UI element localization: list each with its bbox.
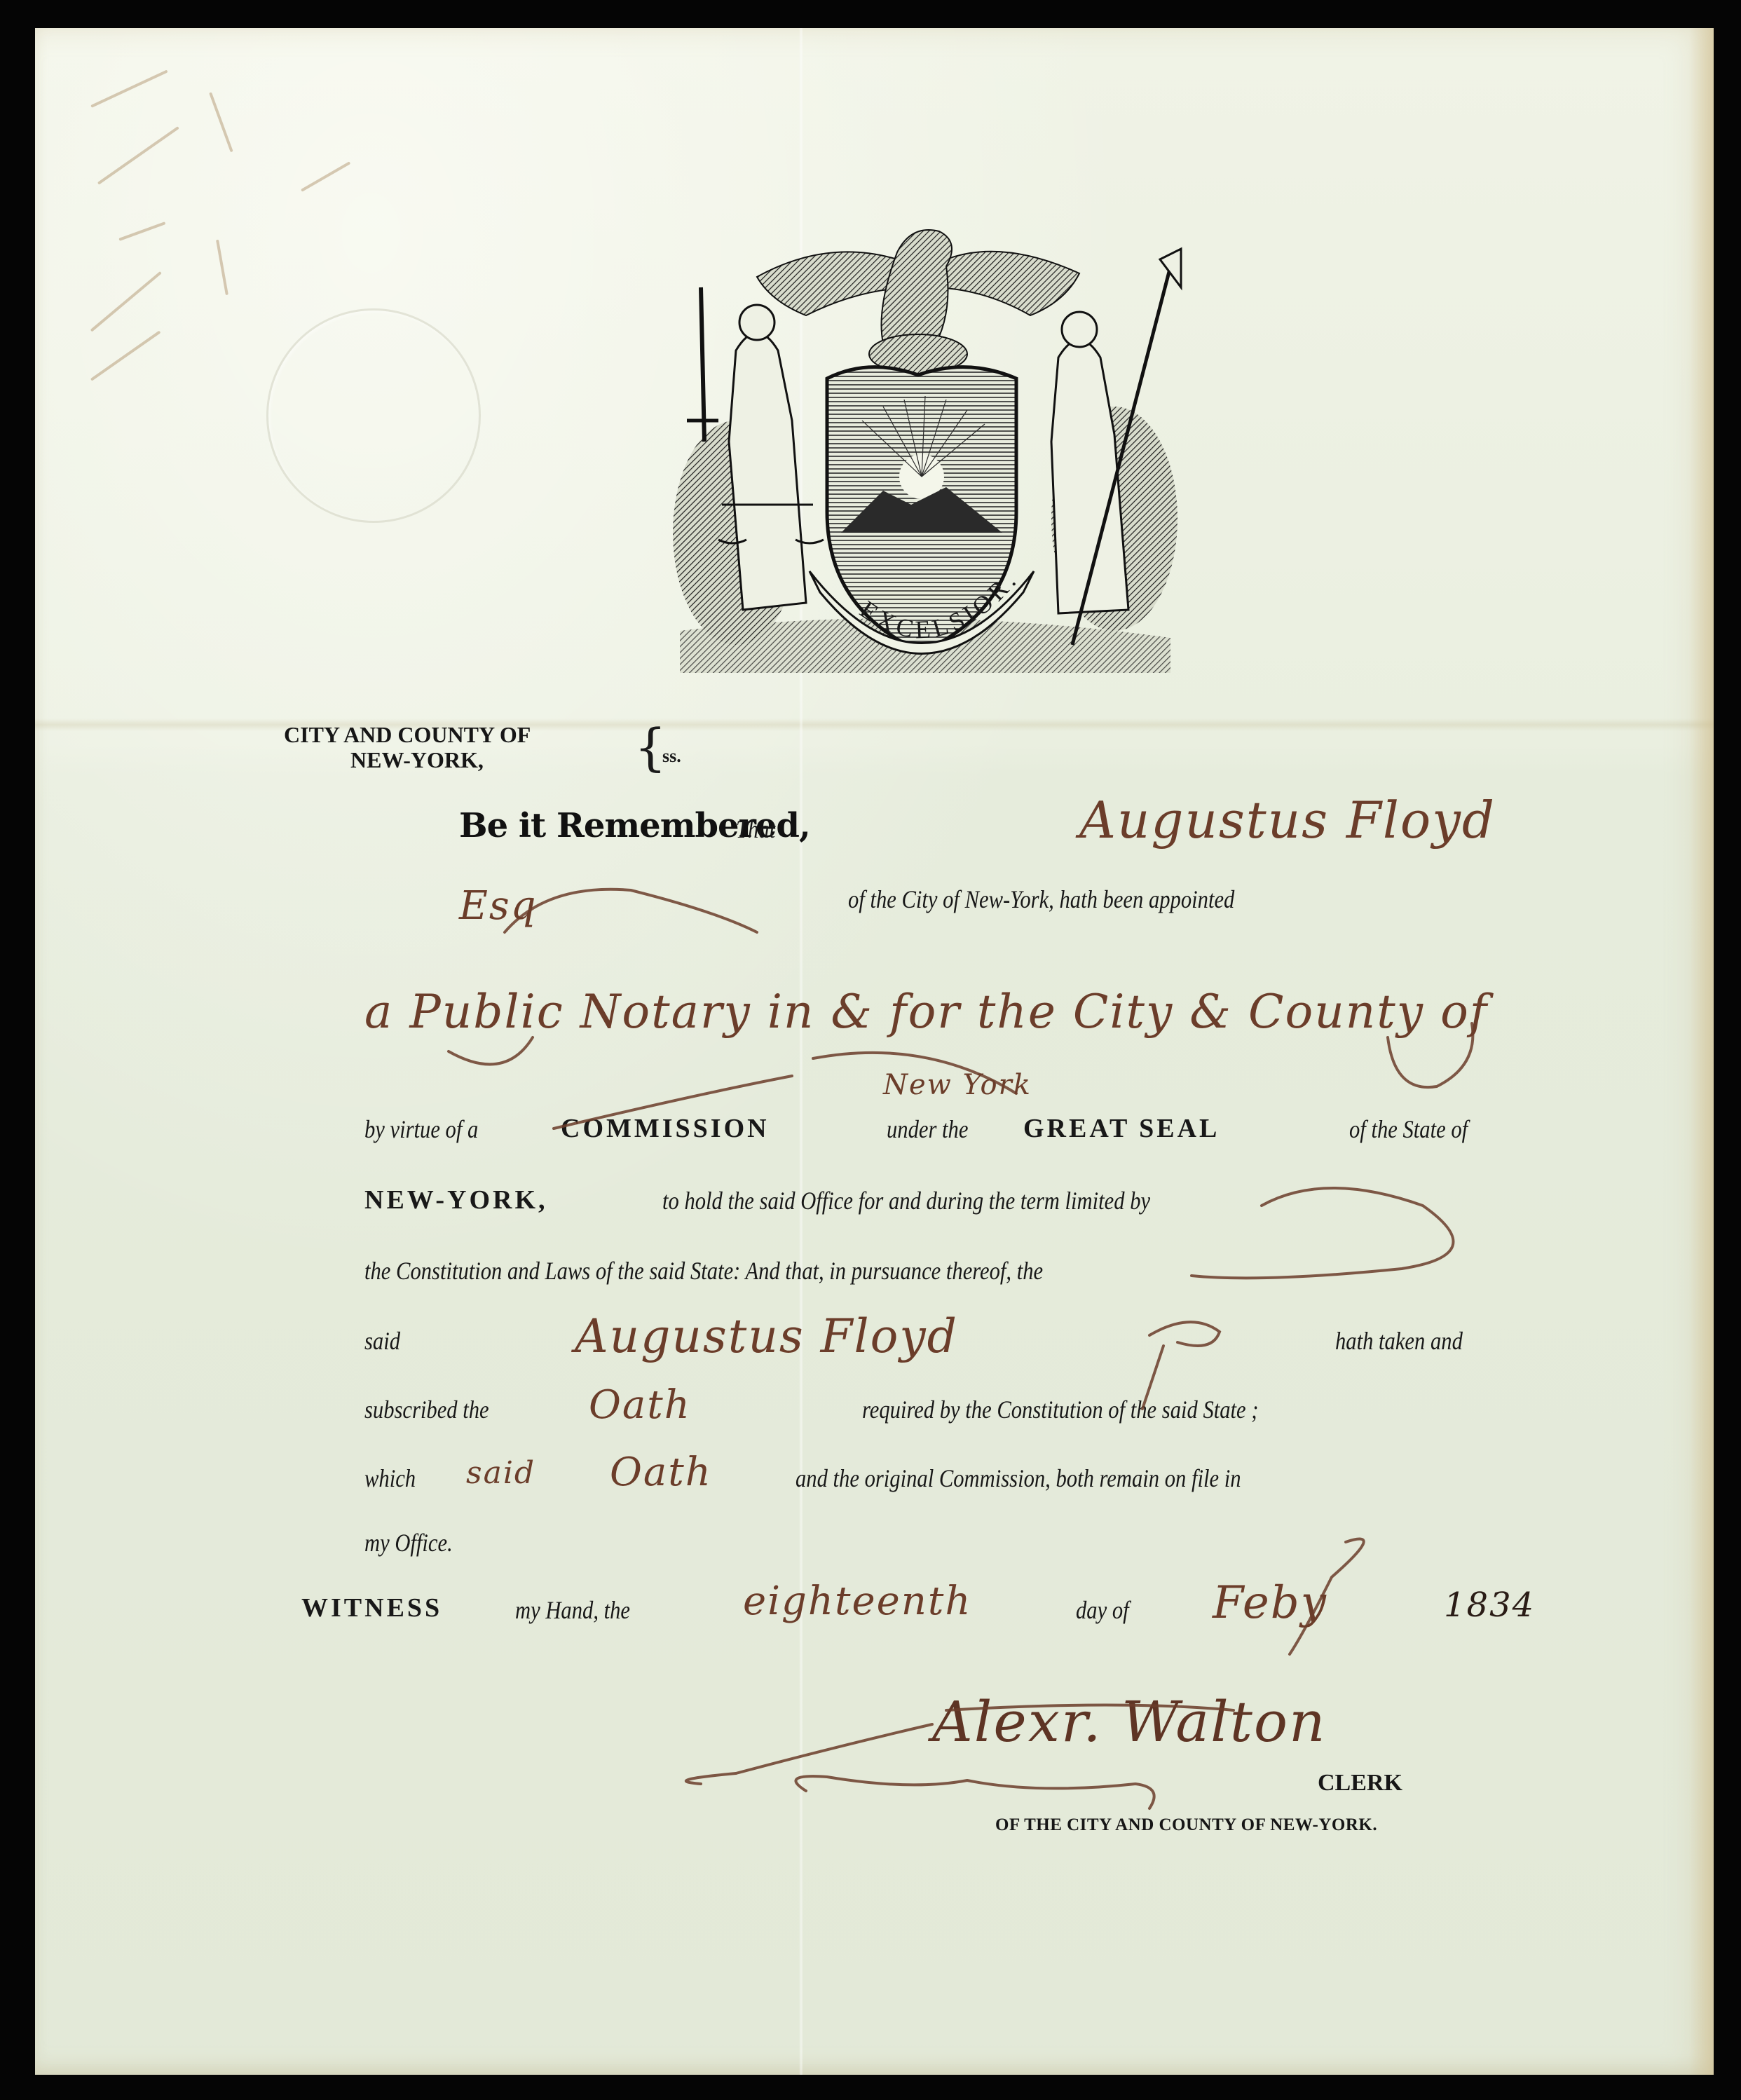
commission-word: COMMISSION [561,1113,770,1144]
coat-of-arms-seal: EXCELSIOR. [652,210,1184,687]
hath-taken-text: hath taken and [1335,1326,1463,1356]
my-hand-text: my Hand, the [515,1595,630,1625]
appointee-suffix: Esq [459,883,537,929]
office-handwritten: a Public Notary in & for the City & Coun… [364,985,1488,1039]
state-name: NEW-YORK, [364,1185,548,1215]
which-text: which [364,1464,416,1493]
clerk-title: CLERK [1318,1770,1402,1796]
of-the-state-text: of the State of [1349,1114,1468,1144]
venue-line-2: NEW-YORK, [284,747,531,772]
office-city-handwritten: New York [883,1069,1032,1101]
commission-prefix: by virtue of a [364,1114,478,1144]
witness-label: WITNESS [301,1593,442,1623]
subscribed-text: subscribed the [364,1395,489,1424]
my-office-text: my Office. [364,1528,453,1557]
venue-brace: { [634,726,667,768]
appointee-name-repeat: Augustus Floyd [575,1309,958,1363]
said-text: said [364,1326,400,1356]
great-seal-word: GREAT SEAL [1023,1113,1220,1144]
said-handwritten: said [466,1455,535,1491]
day-handwritten: eighteenth [743,1579,971,1624]
clerk-signature: Alexr. Walton [932,1689,1327,1754]
that-word: That [736,814,775,844]
venue-heading: CITY AND COUNTY OF NEW-YORK, [284,722,531,772]
year: 1834 [1444,1586,1535,1625]
original-commission-text: and the original Commission, both remain… [796,1464,1241,1493]
embossed-seal-impression [266,308,481,523]
venue-ss: ss. [662,746,681,767]
under-the-text: under the [887,1114,968,1144]
clerk-subtitle: OF THE CITY AND COUNTY OF NEW-YORK. [995,1815,1377,1835]
oath-handwritten-2: Oath [610,1450,712,1495]
paper-edge-toning [1689,28,1714,2075]
venue-line-1: CITY AND COUNTY OF [284,722,531,747]
constitution-text: the Constitution and Laws of the said St… [364,1256,1043,1286]
hold-office-text: to hold the said Office for and during t… [662,1186,1150,1215]
oath-handwritten: Oath [589,1382,691,1428]
of-city-text: of the City of New-York, hath been appoi… [848,885,1234,914]
appointee-name: Augustus Floyd [1079,791,1496,850]
day-of-text: day of [1076,1595,1129,1625]
month-handwritten: Feby [1213,1577,1327,1629]
required-text: required by the Constitution of the said… [862,1395,1258,1424]
